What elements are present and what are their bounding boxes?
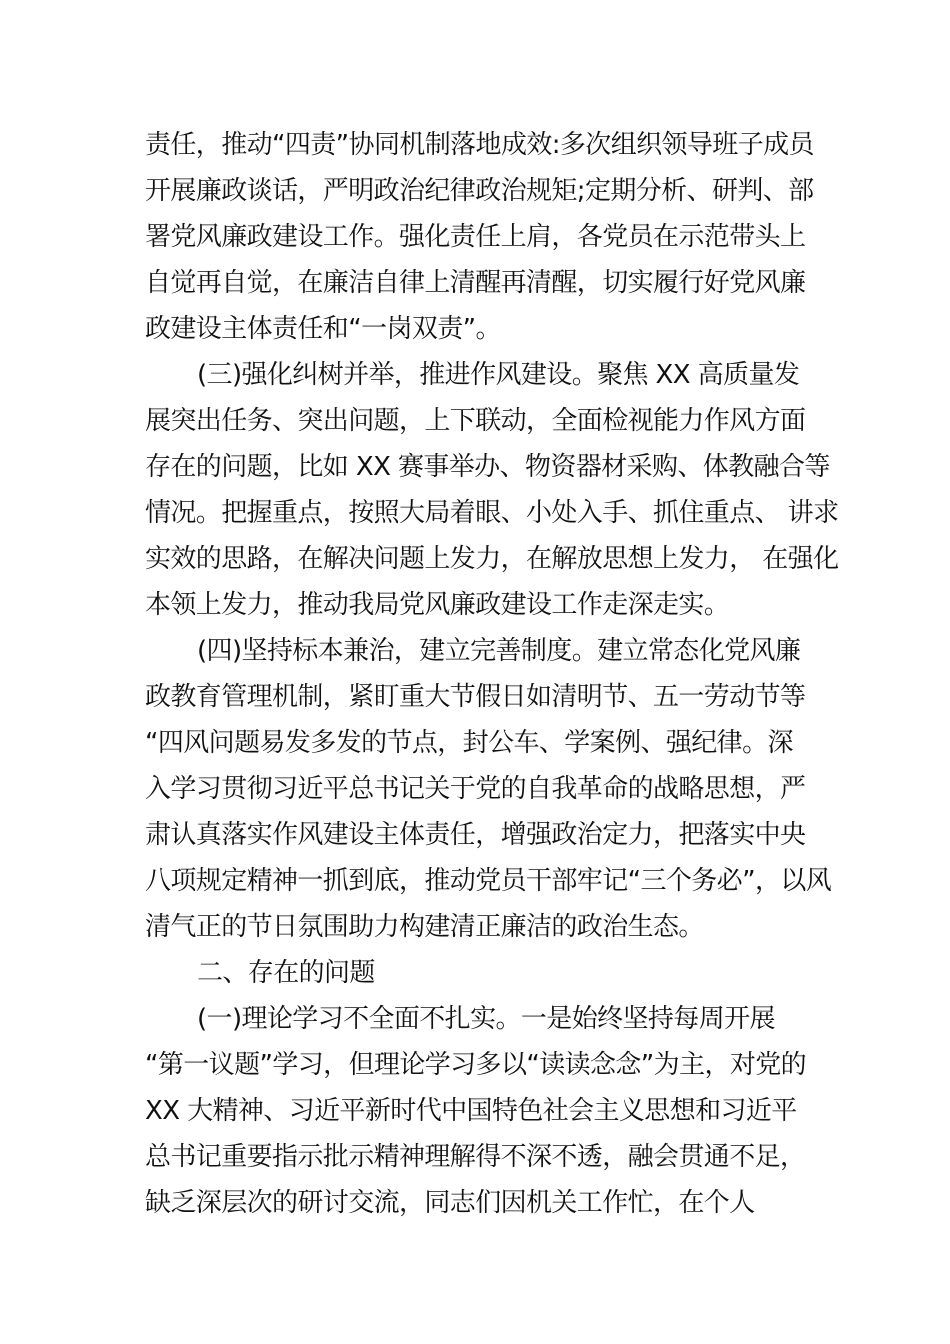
section-heading-1: (一)理论学习不全面不扎实。一是始终坚持每周开展 [145,996,815,1042]
text-line: 存在的问题，比如 XX 赛事举办、物资器材采购、体教融合等 [145,444,815,490]
text-line: 本领上发力，推动我局党风廉政建设工作走深走实。 [145,582,815,628]
text-line: 八项规定精神一抓到底，推动党员干部牢记“三个务必”，以风 [145,858,815,904]
text-line: XX 大精神、习近平新时代中国特色社会主义思想和习近平 [145,1088,815,1134]
section-heading-4: (四)坚持标本兼治，建立完善制度。建立常态化党风廉 [145,628,815,674]
text-line: 政教育管理机制，紧盯重大节假日如清明节、五一劳动节等 [145,674,815,720]
text-line: 署党风廉政建设工作。强化责任上肩，各党员在示范带头上 [145,214,815,260]
text-line: 政建设主体责任和“一岗双责”。 [145,306,815,352]
text-line: 入学习贯彻习近平总书记关于党的自我革命的战略思想，严 [145,766,815,812]
text-line: 责任，推动“四责”协同机制落地成效:多次组织领导班子成员 [145,122,815,168]
text-line: 肃认真落实作风建设主体责任，增强政治定力，把落实中央 [145,812,815,858]
text-line: 缺乏深层次的研讨交流，同志们因机关工作忙，在个人 [145,1180,815,1226]
chapter-heading-problems: 二、存在的问题 [145,950,815,996]
text-line: 自觉再自觉，在廉洁自律上清醒再清醒，切实履行好党风廉 [145,260,815,306]
text-line: 情况。把握重点，按照大局着眼、小处入手、抓住重点、 讲求 [145,490,815,536]
text-line: “第一议题”学习，但理论学习多以“读读念念”为主，对党的 [145,1042,815,1088]
document-page: 责任，推动“四责”协同机制落地成效:多次组织领导班子成员 开展廉政谈话，严明政治… [145,122,815,1226]
text-line: 清气正的节日氛围助力构建清正廉洁的政治生态。 [145,904,815,950]
text-line: 实效的思路，在解决问题上发力，在解放思想上发力， 在强化 [145,536,815,582]
section-heading-3: (三)强化纠树并举，推进作风建设。聚焦 XX 高质量发 [145,352,815,398]
text-line: 总书记重要指示批示精神理解得不深不透，融会贯通不足， [145,1134,815,1180]
text-line: 展突出任务、突出问题，上下联动，全面检视能力作风方面 [145,398,815,444]
text-line: 开展廉政谈话，严明政治纪律政治规矩;定期分析、研判、部 [145,168,815,214]
text-line: “四风问题易发多发的节点，封公车、学案例、强纪律。深 [145,720,815,766]
